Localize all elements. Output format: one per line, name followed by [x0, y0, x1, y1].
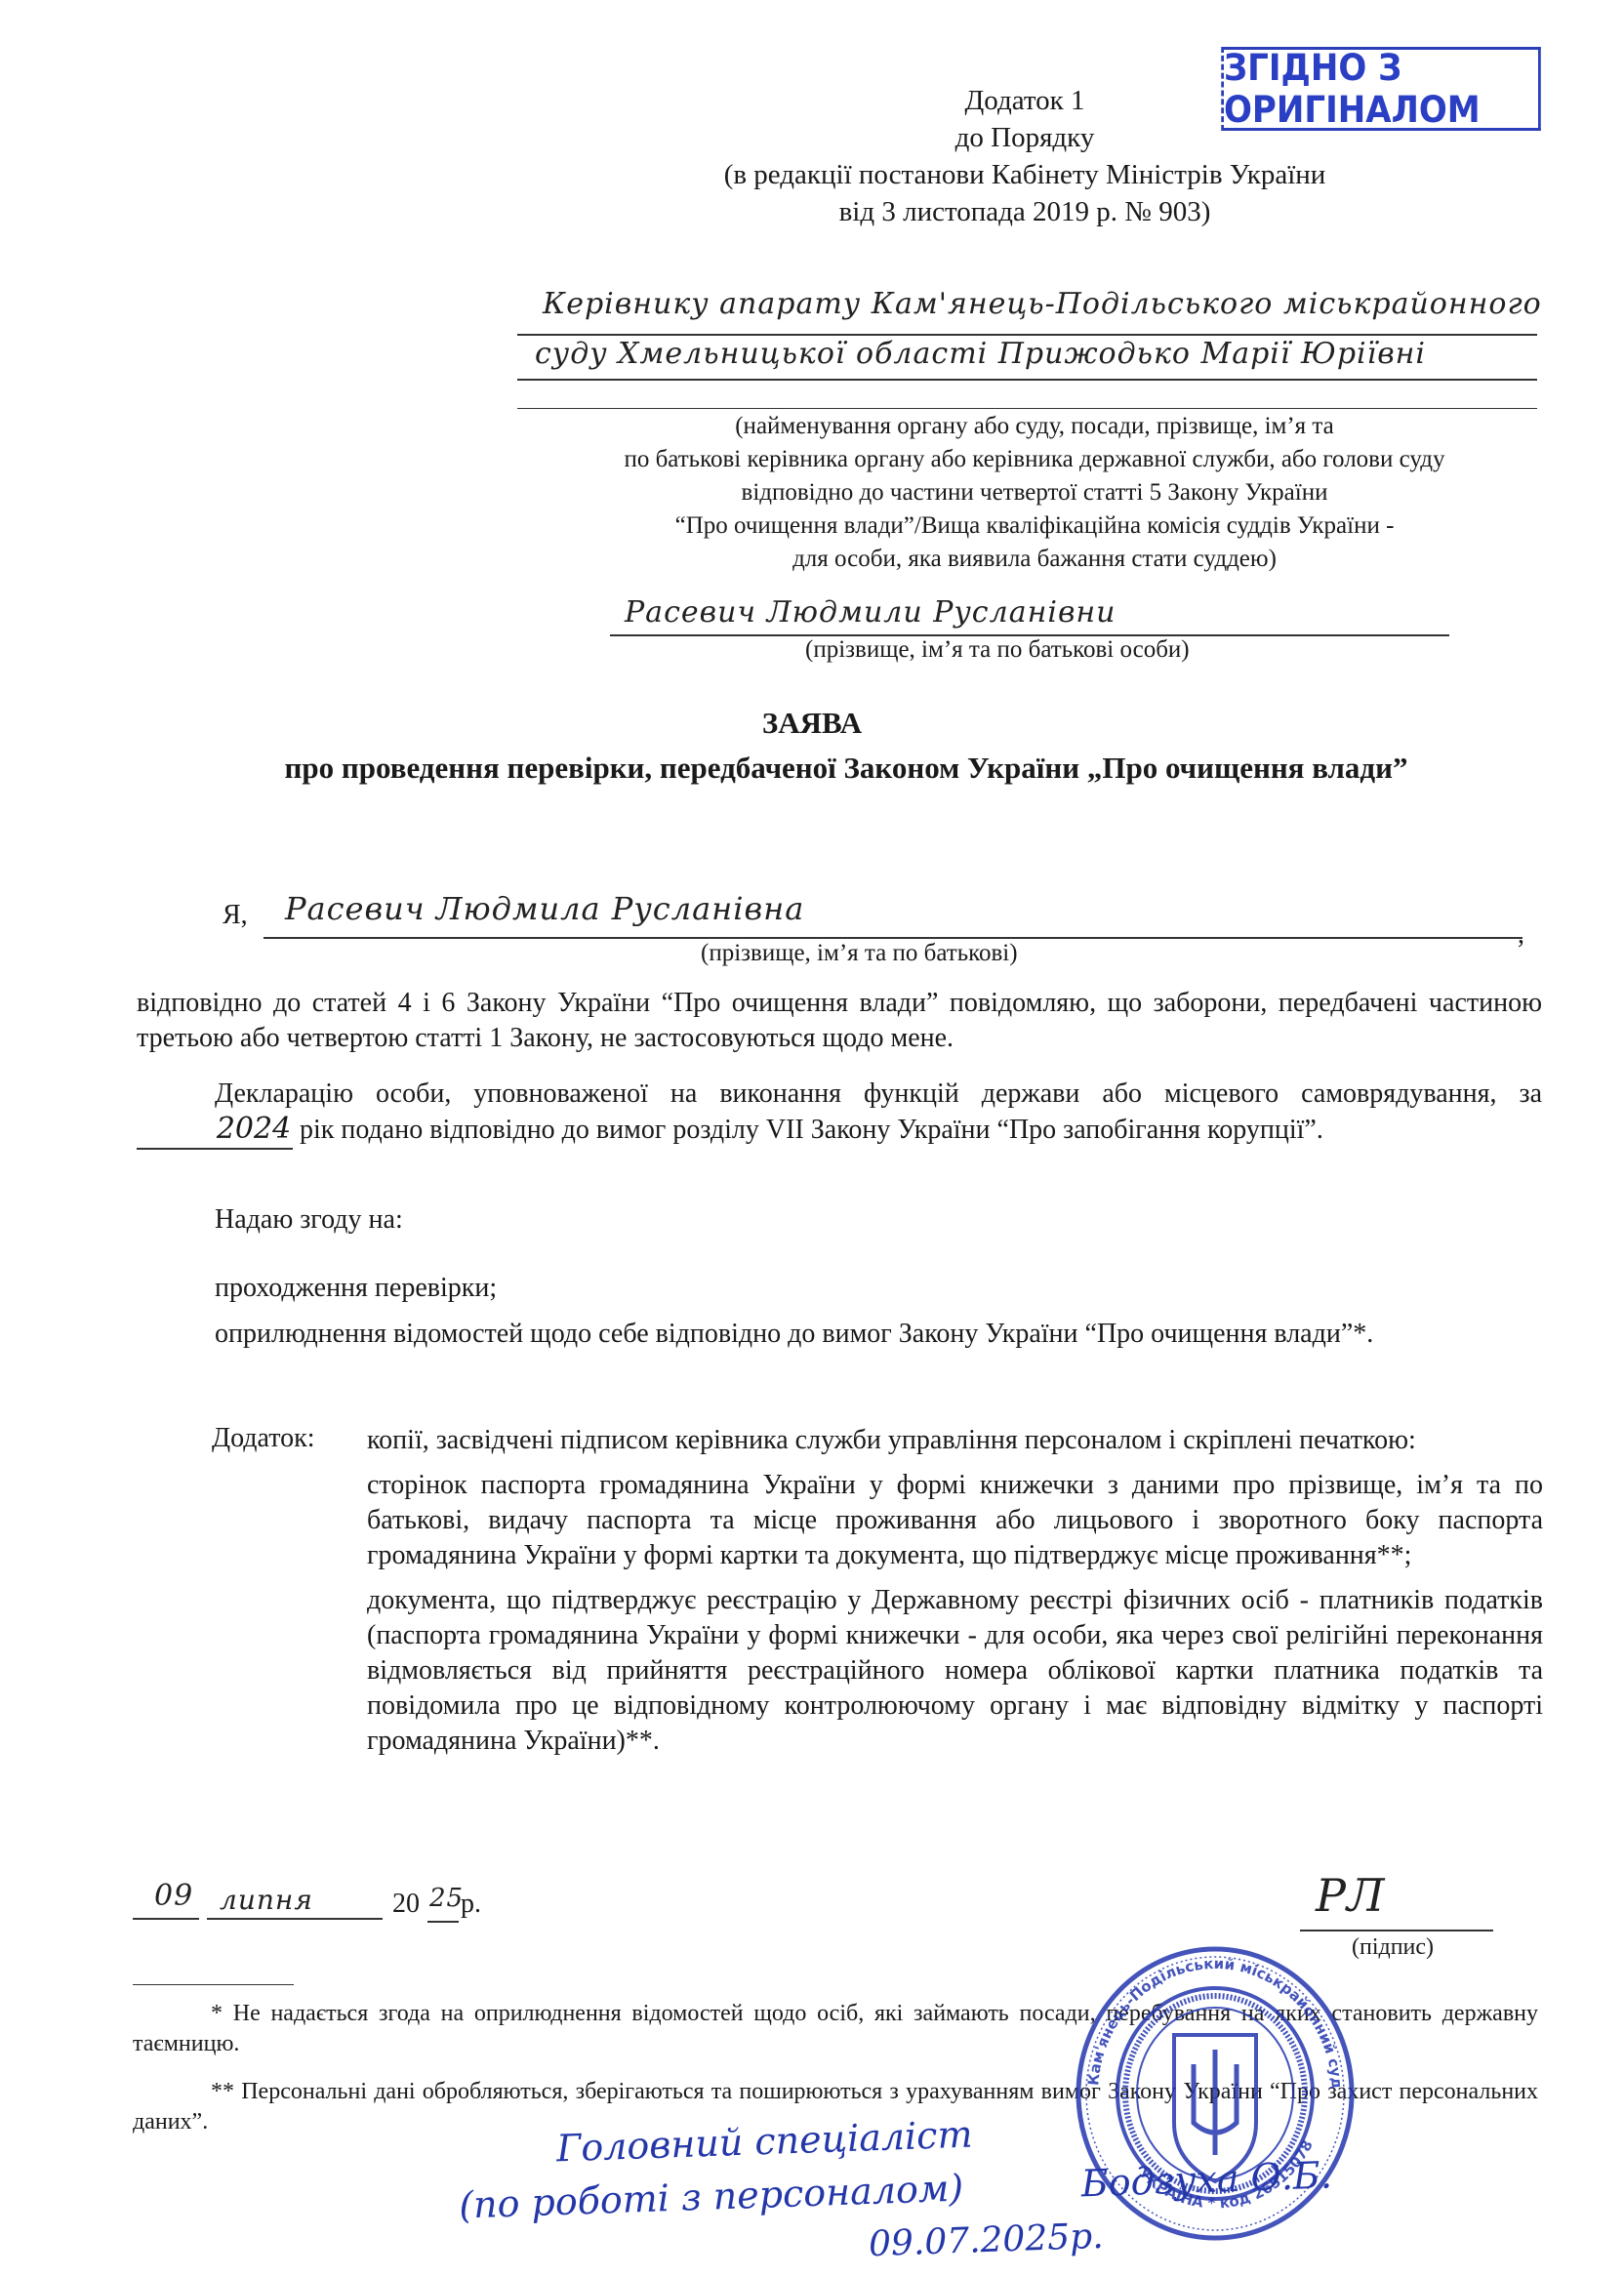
applicant-caption: (прізвище, ім’я та по батькові особи) [805, 636, 1190, 664]
addressee-underline [517, 379, 1537, 381]
addressee-caption-line: для особи, яка виявила бажання стати суд… [547, 543, 1522, 576]
attachments-list: копії, засвідчені підписом керівника слу… [367, 1423, 1543, 1769]
consent-item-2: оприлюднення відомостей щодо себе відпов… [137, 1317, 1542, 1352]
date-year-unit: р. [461, 1889, 481, 1920]
appendix-header-line: до Порядку [644, 119, 1405, 156]
addressee-handwritten-line-2: суду Хмельницької області Прижодько Марі… [535, 337, 1426, 371]
addressee-caption-line: відповідно до частини четвертої статті 5… [547, 476, 1522, 509]
consent-item-1: проходження перевірки; [137, 1271, 1542, 1306]
statement-suffix: , [1518, 919, 1524, 951]
addressee-caption: (найменування органу або суду, посади, п… [547, 410, 1522, 576]
document-title-main: ЗАЯВА [0, 701, 1624, 746]
attachment-item: сторінок паспорта громадянина України у … [367, 1468, 1543, 1573]
addressee-underline [517, 334, 1537, 336]
statement-paragraph-2: Декларацію особи, уповноваженої на викон… [137, 1077, 1542, 1150]
date-month-handwritten: липня [220, 1884, 313, 1916]
date-day-handwritten: 09 [154, 1879, 193, 1913]
declaration-year-field: 2024 [137, 1112, 293, 1150]
statement-handwritten-name: Расевич Людмила Русланівна [285, 890, 804, 927]
addressee-underline [517, 408, 1537, 409]
declaration-text-after: рік подано відповідно до вимог розділу V… [300, 1115, 1323, 1145]
signature-underline [1300, 1930, 1493, 1931]
date-year-handwritten: 25 [429, 1884, 464, 1913]
document-title-subtitle: про проведення перевірки, передбаченої З… [0, 746, 1624, 791]
applicant-signature: РЛ [1316, 1869, 1385, 1922]
appendix-header-line: Додаток 1 [644, 82, 1405, 119]
statement-name-caption: (прізвище, ім’я та по батькові) [701, 940, 1018, 967]
addressee-caption-line: (найменування органу або суду, посади, п… [547, 410, 1522, 443]
statement-name-underline [264, 937, 1522, 939]
attachments-label: Додаток: [212, 1423, 315, 1454]
signature-caption: (підпис) [1352, 1934, 1434, 1961]
statement-paragraph-1: відповідно до статей 4 і 6 Закону Україн… [137, 986, 1542, 1056]
footnote-separator [133, 1984, 294, 1985]
declaration-text-before: Декларацію особи, уповноваженої на викон… [215, 1078, 1542, 1109]
date-year-underline [427, 1921, 459, 1923]
statement-prefix: Я, [223, 900, 248, 931]
declaration-year-handwritten: 2024 [217, 1112, 291, 1146]
attachment-item: копії, засвідчені підписом керівника слу… [367, 1423, 1543, 1458]
applicant-handwritten-name: Расевич Людмили Русланівни [625, 595, 1116, 630]
date-century-prefix: 20 [392, 1889, 420, 1920]
addressee-caption-line: по батькові керівника органу або керівни… [547, 443, 1522, 476]
appendix-header-line: (в редакції постанови Кабінету Міністрів… [644, 156, 1405, 193]
appendix-header: Додаток 1 до Порядку (в редакції постано… [644, 82, 1405, 230]
attachment-item: документа, що підтверджує реєстрацію у Д… [367, 1583, 1543, 1759]
date-month-underline [207, 1918, 383, 1920]
certification-date: 09.07.2025р. [868, 2216, 1104, 2264]
consent-heading: Надаю згоду на: [137, 1202, 1542, 1238]
date-day-underline [133, 1918, 199, 1920]
addressee-caption-line: “Про очищення влади”/Вища кваліфікаційна… [547, 509, 1522, 543]
appendix-header-line: від 3 листопада 2019 р. № 903) [644, 193, 1405, 230]
addressee-handwritten-line-1: Керівнику апарату Кам'янець-Подільського… [543, 287, 1542, 321]
document-title: ЗАЯВА про проведення перевірки, передбач… [0, 701, 1624, 791]
